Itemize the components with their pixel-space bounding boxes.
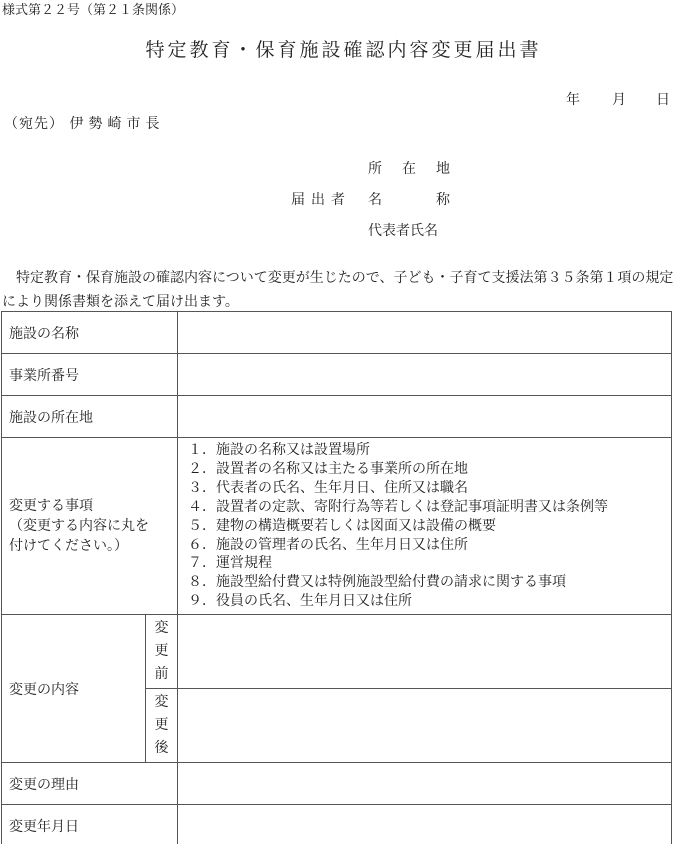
after-char-3: 後 [146, 737, 177, 760]
item-text: 設置者の名称又は主たる事業所の所在地 [216, 461, 468, 477]
date-month-label: 月 [612, 89, 626, 109]
change-items-list: １．施設の名称又は設置場所 ２．設置者の名称又は主たる事業所の所在地 ３．代表者… [178, 438, 672, 615]
change-before-field[interactable] [178, 615, 672, 689]
item-number: ７． [188, 554, 216, 573]
location-char-3: 地 [436, 158, 450, 178]
facility-name-label: 施設の名称 [2, 312, 178, 354]
after-char-1: 変 [146, 691, 177, 714]
change-items-label-line2: （変更する内容に丸を [9, 516, 170, 536]
row-change-before: 変更の内容 変 更 前 [2, 615, 672, 689]
location-char-1: 所 [368, 158, 382, 178]
item-text: 施設型給付費又は特例施設型給付費の請求に関する事項 [216, 574, 566, 590]
change-item-3[interactable]: ３．代表者の氏名、生年月日、住所又は職名 [188, 479, 671, 498]
change-items-label: 変更する事項 （変更する内容に丸を 付けてください。） [2, 438, 178, 615]
item-text: 役員の氏名、生年月日又は住所 [216, 593, 412, 609]
item-text: 代表者の氏名、生年月日、住所又は職名 [216, 480, 468, 496]
item-number: ４． [188, 498, 216, 517]
item-number: ６． [188, 536, 216, 555]
location-char-2: 在 [402, 158, 416, 178]
change-item-7[interactable]: ７．運営規程 [188, 554, 671, 573]
item-text: 設置者の定款、寄附行為等若しくは登記事項証明書又は条例等 [216, 499, 608, 515]
item-number: １． [188, 441, 216, 460]
item-text: 運営規程 [216, 555, 272, 571]
form-table: 施設の名称 事業所番号 施設の所在地 変更する事項 （変更する内容に丸を 付けて… [1, 311, 672, 844]
change-item-5[interactable]: ５．建物の構造概要若しくは図面又は設備の概要 [188, 517, 671, 536]
item-number: ５． [188, 517, 216, 536]
change-item-9[interactable]: ９．役員の氏名、生年月日又は住所 [188, 592, 671, 611]
row-facility-name: 施設の名称 [2, 312, 672, 354]
intro-paragraph: 特定教育・保育施設の確認内容について変更が生じたので、子ども・子育て支援法第３５… [2, 266, 686, 314]
item-text: 施設の名称又は設置場所 [216, 442, 370, 458]
change-date-field[interactable] [178, 805, 672, 844]
name-char-2: 称 [436, 189, 450, 209]
date-year-label: 年 [566, 89, 580, 109]
change-item-1[interactable]: １．施設の名称又は設置場所 [188, 441, 671, 460]
document-title: 特定教育・保育施設確認内容変更届出書 [0, 35, 687, 62]
change-after-field[interactable] [178, 689, 672, 763]
row-change-items: 変更する事項 （変更する内容に丸を 付けてください。） １．施設の名称又は設置場… [2, 438, 672, 615]
before-char-1: 変 [146, 617, 177, 640]
facility-address-label: 施設の所在地 [2, 396, 178, 438]
applicant-name-label: 名称 [368, 189, 450, 209]
before-char-2: 更 [146, 640, 177, 663]
date-day-label: 日 [656, 89, 670, 109]
change-items-label-line1: 変更する事項 [9, 496, 170, 516]
change-items-label-line3: 付けてください。） [9, 536, 170, 556]
change-content-label: 変更の内容 [2, 615, 146, 763]
change-item-4[interactable]: ４．設置者の定款、寄附行為等若しくは登記事項証明書又は条例等 [188, 498, 671, 517]
change-item-2[interactable]: ２．設置者の名称又は主たる事業所の所在地 [188, 460, 671, 479]
before-label: 変 更 前 [146, 615, 178, 689]
row-change-reason: 変更の理由 [2, 763, 672, 805]
office-number-label: 事業所番号 [2, 354, 178, 396]
change-reason-field[interactable] [178, 763, 672, 805]
item-number: ８． [188, 573, 216, 592]
applicant-representative-label: 代表者氏名 [368, 220, 438, 240]
addressee-prefix: （宛先） [4, 116, 64, 132]
name-char-1: 名 [368, 189, 382, 209]
row-facility-address: 施設の所在地 [2, 396, 672, 438]
change-reason-label: 変更の理由 [2, 763, 178, 805]
office-number-field[interactable] [178, 354, 672, 396]
addressee: （宛先） 伊勢崎市長 [4, 113, 164, 133]
item-number: ２． [188, 460, 216, 479]
facility-name-field[interactable] [178, 312, 672, 354]
before-char-3: 前 [146, 663, 177, 686]
change-item-6[interactable]: ６．施設の管理者の氏名、生年月日又は住所 [188, 536, 671, 555]
item-number: ９． [188, 592, 216, 611]
change-date-label: 変更年月日 [2, 805, 178, 844]
change-item-8[interactable]: ８．施設型給付費又は特例施設型給付費の請求に関する事項 [188, 573, 671, 592]
applicant-group-label: 届出者 [291, 189, 351, 209]
row-change-date: 変更年月日 [2, 805, 672, 844]
addressee-city: 伊勢崎市長 [69, 116, 164, 132]
applicant-location-label: 所在地 [368, 158, 450, 178]
item-text: 施設の管理者の氏名、生年月日又は住所 [216, 537, 468, 553]
row-office-number: 事業所番号 [2, 354, 672, 396]
item-number: ３． [188, 479, 216, 498]
facility-address-field[interactable] [178, 396, 672, 438]
form-number: 様式第２２号（第２１条関係） [2, 0, 184, 18]
after-label: 変 更 後 [146, 689, 178, 763]
after-char-2: 更 [146, 714, 177, 737]
item-text: 建物の構造概要若しくは図面又は設備の概要 [216, 518, 496, 534]
